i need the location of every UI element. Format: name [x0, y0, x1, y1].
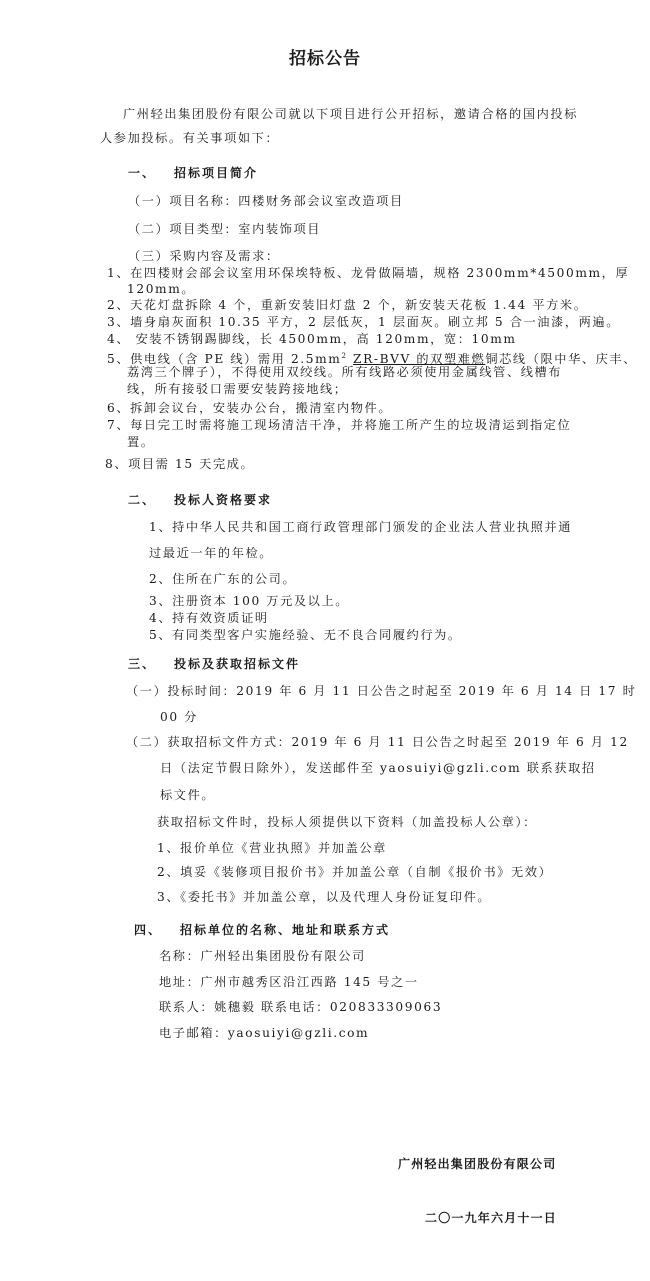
requirement-item-7: 7、每日完工时需将施工现场清洁干净，并将施工所产生的垃圾清运到指定位: [107, 417, 571, 433]
section-2-title: 投标人资格要求: [174, 493, 272, 507]
intro-line-1: 广州轻出集团股份有限公司就以下项目进行公开招标，邀请合格的国内投标: [123, 106, 578, 122]
qualification-item-4: 4、持有效资质证明: [149, 610, 269, 626]
qualification-item-2: 2、住所在广东的公司。: [149, 571, 296, 587]
bid-time-cont: 00 分: [160, 709, 198, 725]
section-4-number: 四、: [134, 922, 180, 938]
signature-company: 广州轻出集团股份有限公司: [398, 1156, 556, 1172]
requirement-item-1: 1、在四楼财会部会议室用环保埃特板、龙骨做隔墙，规格 2300mm*4500mm…: [107, 265, 629, 281]
section-1-heading: 一、招标项目简介: [128, 165, 258, 181]
signature-date: 二〇一九年六月十一日: [425, 1210, 557, 1226]
section-3-number: 三、: [128, 656, 174, 672]
section-4-heading: 四、招标单位的名称、地址和联系方式: [134, 922, 390, 938]
material-item-2: 2、填妥《装修项目报价书》并加盖公章（自制《报价书》无效）: [157, 864, 552, 880]
qualification-item-3: 3、注册资本 100 万元及以上。: [149, 593, 349, 609]
tenderer-contact: 联系人：姚穗毅 联系电话：020833309063: [159, 999, 442, 1015]
tenderer-name: 名称：广州轻出集团股份有限公司: [159, 948, 366, 964]
materials-intro: 获取招标文件时，投标人须提供以下资料（加盖投标人公章）：: [157, 814, 537, 830]
procurement-content-label: （三）采购内容及需求：: [128, 248, 280, 264]
section-2-heading: 二、投标人资格要求: [128, 492, 272, 508]
obtain-method-cont-1: 日（法定节假日除外），发送邮件至 yaosuiyi@gzli.com 联系获取招: [160, 760, 596, 776]
bid-time: （一）投标时间：2019 年 6 月 11 日公告之时起至 2019 年 6 月…: [126, 683, 636, 699]
section-4-title: 招标单位的名称、地址和联系方式: [180, 923, 390, 937]
obtain-method: （二）获取招标文件方式：2019 年 6 月 11 日公告之时起至 2019 年…: [126, 734, 629, 750]
project-name: （一）项目名称：四楼财务部会议室改造项目: [128, 193, 404, 209]
material-item-1: 1、报价单位《营业执照》并加盖公章: [157, 840, 387, 856]
requirement-item-5-cont-2: 线，所有接驳口需要安装跨接地线；: [127, 381, 348, 397]
qualification-item-1: 1、持中华人民共和国工商行政管理部门颁发的企业法人营业执照并通: [149, 519, 572, 535]
section-3-title: 投标及获取招标文件: [174, 657, 300, 671]
requirement-item-4: 4、 安装不锈钢踢脚线，长 4500mm，高 120mm，宽：10mm: [107, 331, 517, 347]
requirement-item-2: 2、天花灯盘拆除 4 个，重新安装旧灯盘 2 个，新安装天花板 1.44 平方米…: [107, 297, 588, 313]
page-title: 招标公告: [0, 44, 650, 69]
qualification-item-5: 5、有同类型客户实施经验、无不良合同履约行为。: [149, 627, 462, 643]
requirement-item-3: 3、墙身扇灰面积 10.35 平方，2 层低灰，1 层面灰。刷立邦 5 合一油漆…: [107, 314, 620, 330]
intro-line-2: 人参加投标。有关事项如下：: [100, 130, 279, 146]
obtain-method-cont-2: 标文件。: [160, 787, 215, 803]
material-item-3: 3、《委托书》并加盖公章，以及代理人身份证复印件。: [157, 889, 491, 905]
requirement-item-1-cont: 120mm。: [127, 281, 195, 297]
section-1-title: 招标项目简介: [174, 166, 258, 180]
qualification-item-1-cont: 过最近一年的年检。: [149, 545, 273, 561]
project-type: （二）项目类型：室内装饰项目: [128, 221, 321, 237]
section-3-heading: 三、投标及获取招标文件: [128, 656, 300, 672]
section-2-number: 二、: [128, 492, 174, 508]
requirement-item-8: 8、项目需 15 天完成。: [105, 456, 254, 472]
requirement-item-6: 6、拆卸会议台，安装办公台，搬清室内物件。: [107, 400, 392, 416]
tenderer-email: 电子邮箱：yaosuiyi@gzli.com: [159, 1025, 369, 1041]
requirement-item-7-cont: 置。: [127, 434, 155, 450]
tenderer-address: 地址：广州市越秀区沿江西路 145 号之一: [159, 974, 419, 990]
requirement-item-5-cont-1: 荔湾三个牌子），不得使用双绞线。所有线路必须使用金属线管、线槽布: [127, 364, 562, 380]
section-1-number: 一、: [128, 165, 174, 181]
